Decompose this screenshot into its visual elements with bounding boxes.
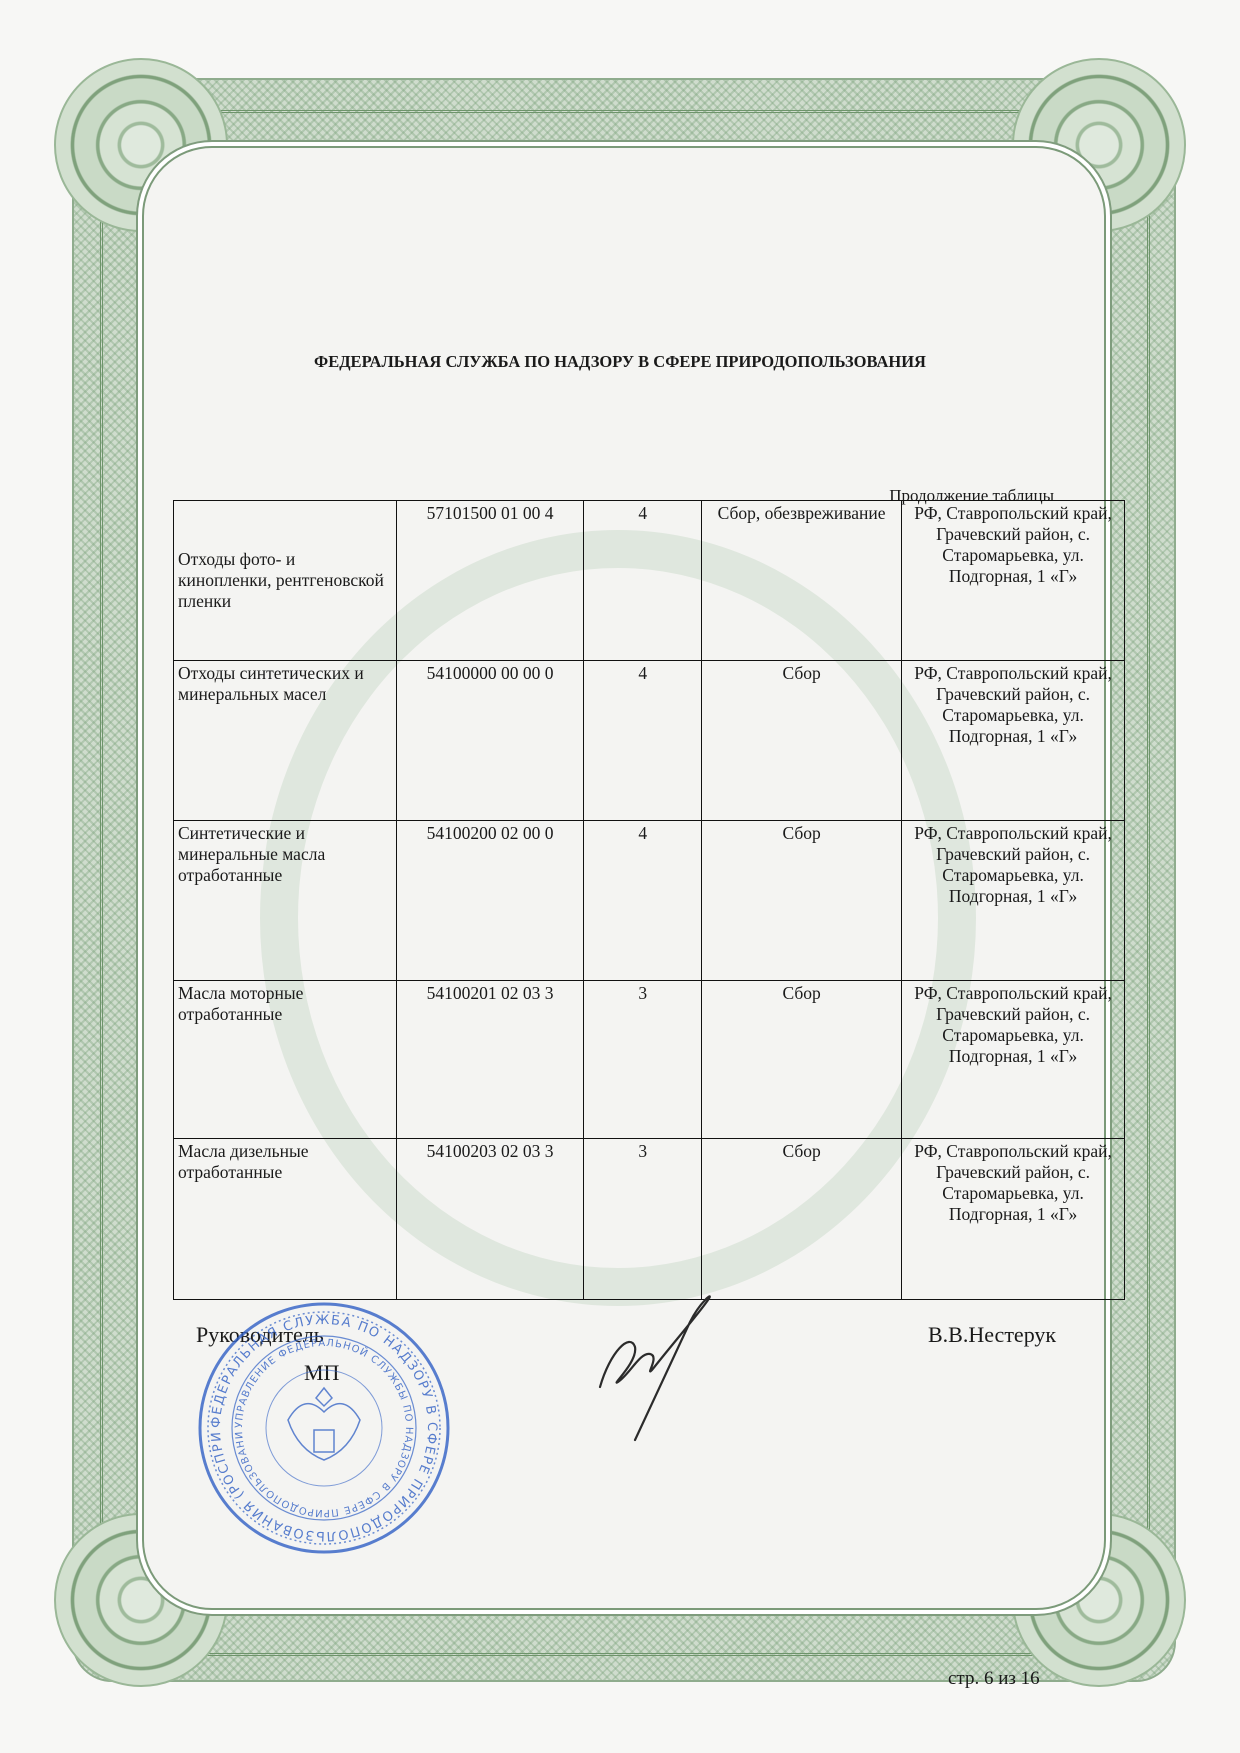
- site-address-cell: РФ, Ставропольский край, Грачевский райо…: [902, 981, 1125, 1139]
- hazard-class-cell: 4: [584, 821, 702, 981]
- fkko-code-cell: 54100000 00 00 0: [396, 661, 584, 821]
- table-row: Масла дизельные отработанные54100203 02 …: [174, 1139, 1125, 1300]
- official-seal-stamp-icon: ФЕДЕРАЛЬНАЯ СЛУЖБА ПО НАДЗОРУ В СФЕРЕ ПР…: [196, 1300, 452, 1556]
- fkko-code-cell: 54100201 02 03 3: [396, 981, 584, 1139]
- hazard-class-cell: 4: [584, 661, 702, 821]
- site-address-cell: РФ, Ставропольский край, Грачевский райо…: [902, 661, 1125, 821]
- waste-name-cell: Отходы фото- и кинопленки, рентгеновской…: [174, 501, 397, 661]
- table-row: Отходы синтетических и минеральных масел…: [174, 661, 1125, 821]
- activity-type-cell: Сбор: [702, 1139, 902, 1300]
- waste-name-cell: Масла дизельные отработанные: [174, 1139, 397, 1300]
- activity-type-cell: Сбор: [702, 821, 902, 981]
- table-row: Синтетические и минеральные масла отрабо…: [174, 821, 1125, 981]
- fkko-code-cell: 54100200 02 00 0: [396, 821, 584, 981]
- page-title: ФЕДЕРАЛЬНАЯ СЛУЖБА ПО НАДЗОРУ В СФЕРЕ ПР…: [0, 352, 1240, 372]
- waste-name-cell: Масла моторные отработанные: [174, 981, 397, 1139]
- hazard-class-cell: 3: [584, 1139, 702, 1300]
- site-address-cell: РФ, Ставропольский край, Грачевский райо…: [902, 501, 1125, 661]
- site-address-cell: РФ, Ставропольский край, Грачевский райо…: [902, 821, 1125, 981]
- fkko-code-cell: 54100203 02 03 3: [396, 1139, 584, 1300]
- site-address-cell: РФ, Ставропольский край, Грачевский райо…: [902, 1139, 1125, 1300]
- page-number: стр. 6 из 16: [948, 1668, 1040, 1690]
- waste-name-cell: Отходы синтетических и минеральных масел: [174, 661, 397, 821]
- hazard-class-cell: 4: [584, 501, 702, 661]
- table-row: Отходы фото- и кинопленки, рентгеновской…: [174, 501, 1125, 661]
- activity-type-cell: Сбор: [702, 661, 902, 821]
- waste-name-cell: Синтетические и минеральные масла отрабо…: [174, 821, 397, 981]
- activity-type-cell: Сбор: [702, 981, 902, 1139]
- handwritten-signature-icon: [590, 1292, 730, 1442]
- activity-type-cell: Сбор, обезвреживание: [702, 501, 902, 661]
- svg-text:УПРАВЛЕНИЕ ФЕДЕРАЛЬНОЙ СЛУЖБЫ: УПРАВЛЕНИЕ ФЕДЕРАЛЬНОЙ СЛУЖБЫ ПО НАДЗОРУ…: [196, 1300, 414, 1518]
- table-row: Масла моторные отработанные54100201 02 0…: [174, 981, 1125, 1139]
- signer-name: В.В.Нестерук: [928, 1322, 1056, 1348]
- hazard-class-cell: 3: [584, 981, 702, 1139]
- waste-table: Отходы фото- и кинопленки, рентгеновской…: [173, 500, 1125, 1300]
- fkko-code-cell: 57101500 01 00 4: [396, 501, 584, 661]
- certificate-page: ФЕДЕРАЛЬНАЯ СЛУЖБА ПО НАДЗОРУ В СФЕРЕ ПР…: [0, 0, 1240, 1753]
